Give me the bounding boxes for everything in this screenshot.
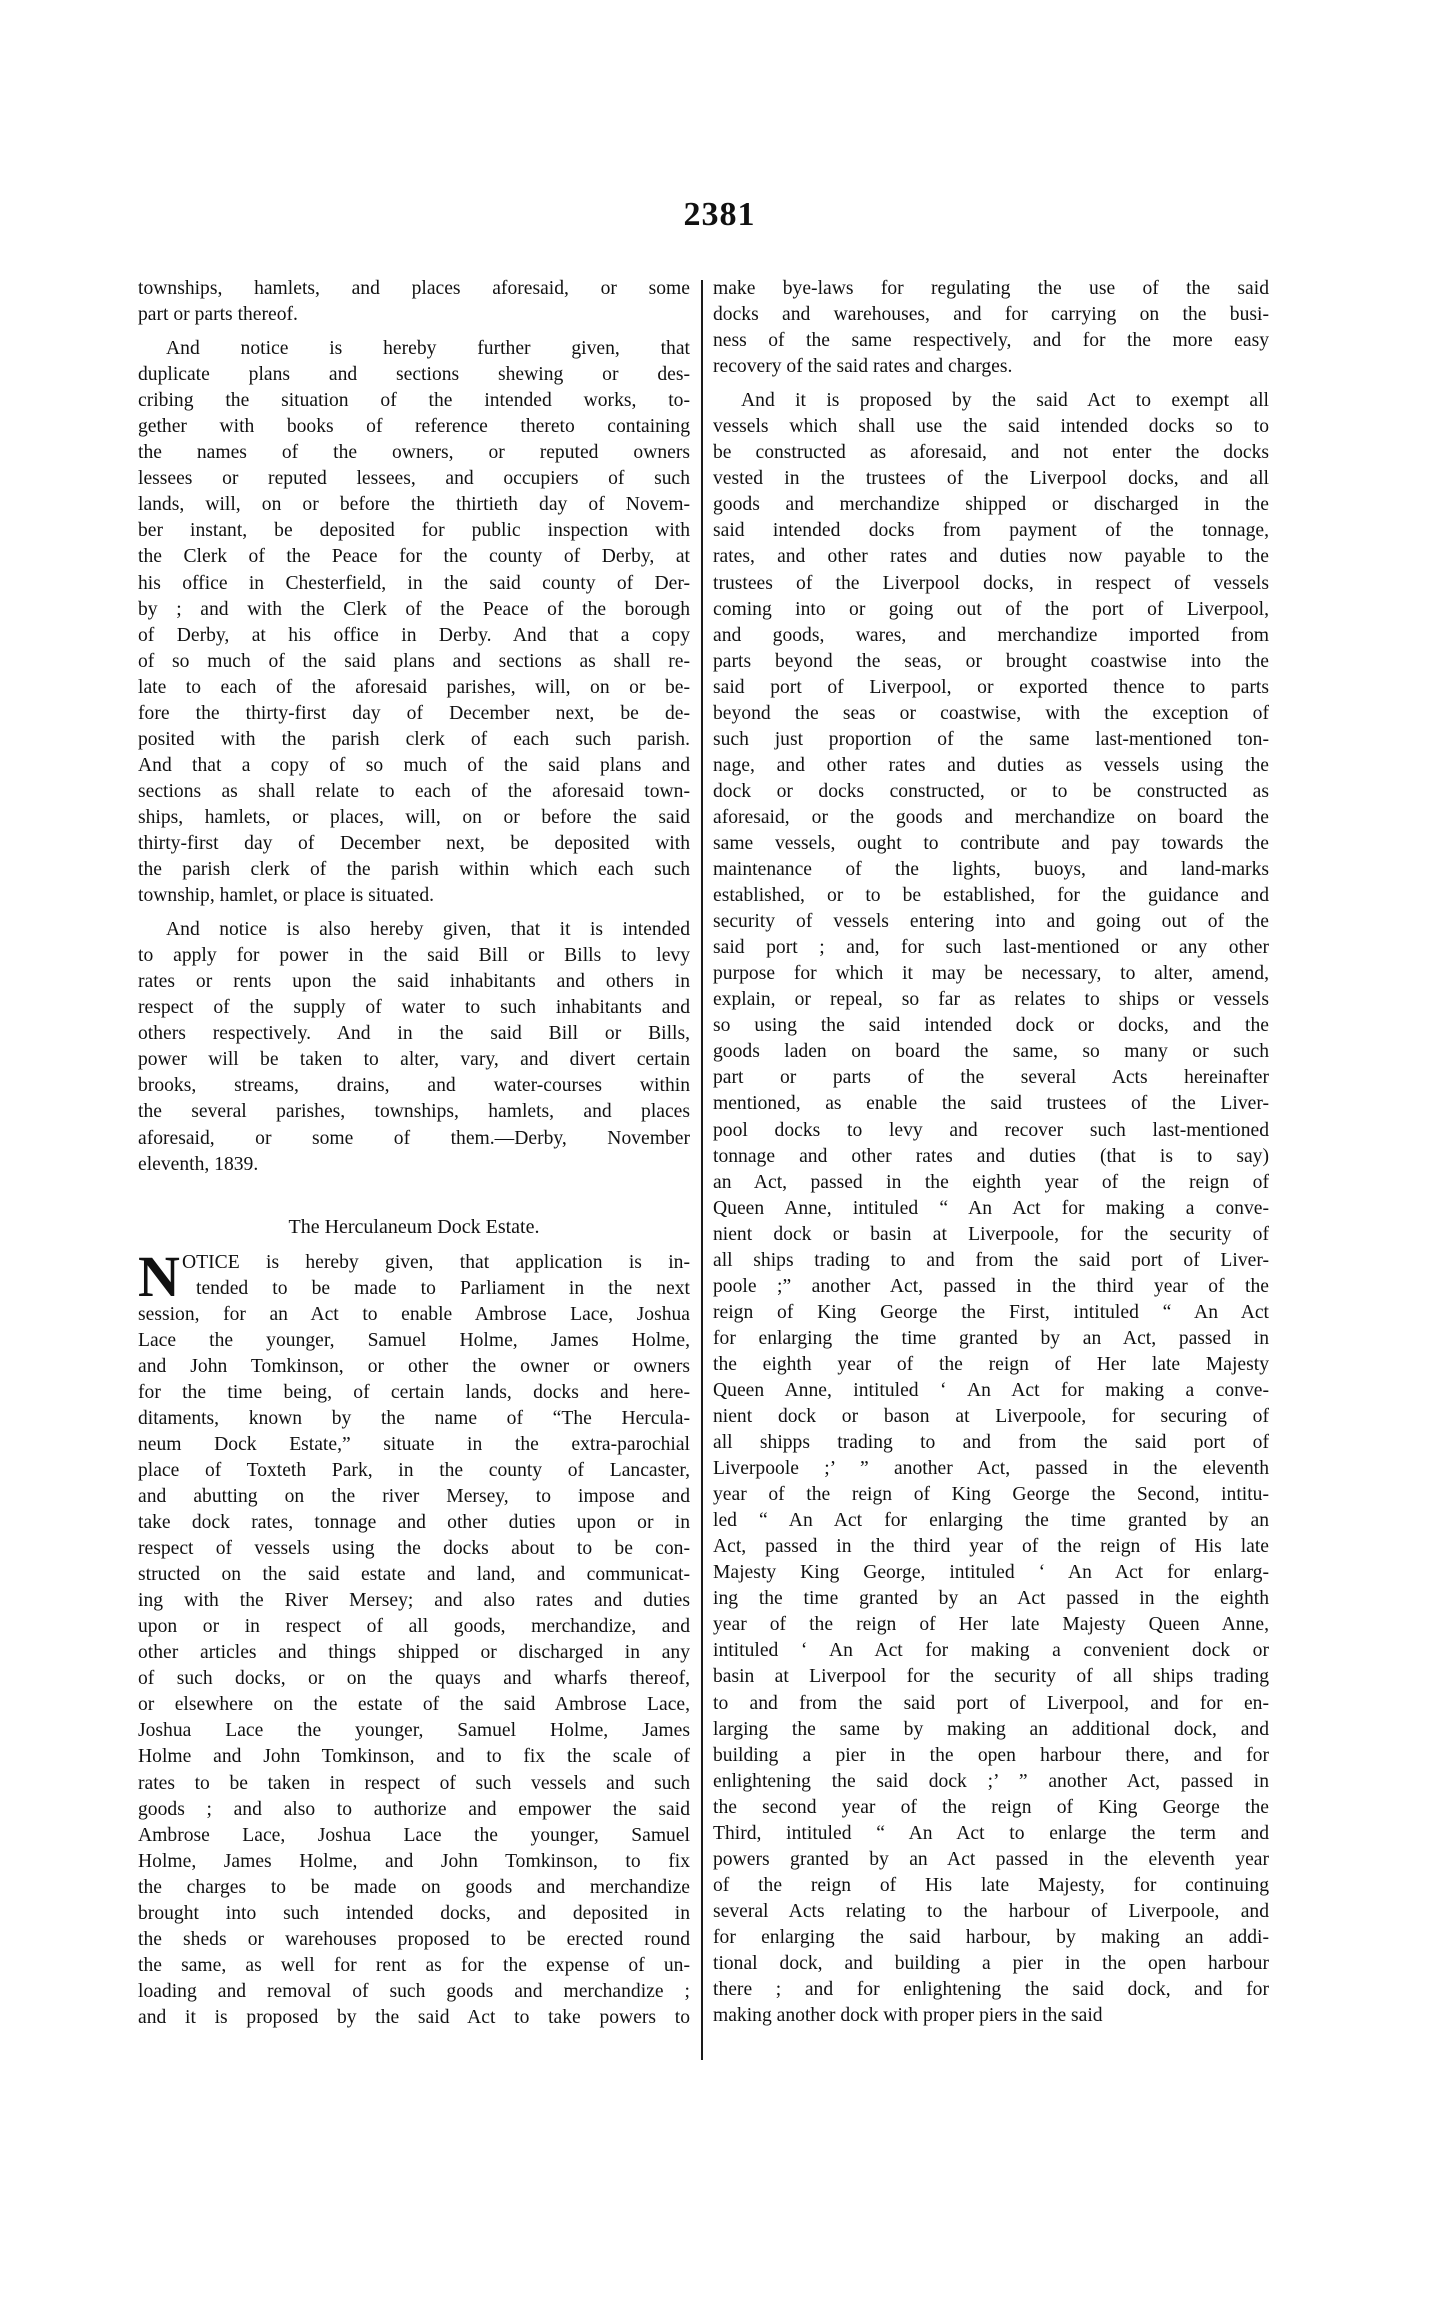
text-line: gether with books of reference thereto c…: [138, 414, 690, 440]
text-line: the same, as well for rent as for the ex…: [138, 1953, 690, 1979]
text-line: making another dock with proper piers in…: [713, 2003, 1269, 2029]
text-line: for enlarging the said harbour, by makin…: [713, 1925, 1269, 1951]
text-line: and abutting on the river Mersey, to imp…: [138, 1484, 690, 1510]
text-line: the sheds or warehouses proposed to be e…: [138, 1927, 690, 1953]
text-line: basin at Liverpool for the security of a…: [713, 1664, 1269, 1690]
text-line: place of Toxteth Park, in the county of …: [138, 1458, 690, 1484]
text-line: goods ; and also to authorize and empowe…: [138, 1797, 690, 1823]
paragraph: townships, hamlets, and places aforesaid…: [138, 276, 690, 328]
text-line: posited with the parish clerk of each su…: [138, 727, 690, 753]
text-line: aforesaid, or some of them.—Derby, Novem…: [138, 1126, 690, 1152]
text-line: be constructed as aforesaid, and not ent…: [713, 440, 1269, 466]
text-line: Holme and John Tomkinson, and to fix the…: [138, 1744, 690, 1770]
text-line: larging the same by making an additional…: [713, 1717, 1269, 1743]
text-line: Ambrose Lace, Joshua Lace the younger, S…: [138, 1823, 690, 1849]
text-line: ness of the same respectively, and for t…: [713, 328, 1269, 354]
text-line: his office in Chesterfield, in the said …: [138, 571, 690, 597]
text-line: purpose for which it may be necessary, t…: [713, 961, 1269, 987]
text-line: same vessels, ought to contribute and pa…: [713, 831, 1269, 857]
text-line: to and from the said port of Liverpool, …: [713, 1691, 1269, 1717]
text-line: the charges to be made on goods and merc…: [138, 1875, 690, 1901]
text-line: session, for an Act to enable Ambrose La…: [138, 1302, 690, 1328]
text-line: duplicate plans and sections shewing or …: [138, 362, 690, 388]
text-line: Queen Anne, intituled “ An Act for makin…: [713, 1196, 1269, 1222]
text-line: vested in the trustees of the Liverpool …: [713, 466, 1269, 492]
text-line: neum Dock Estate,” situate in the extra-…: [138, 1432, 690, 1458]
text-line: goods laden on board the same, so many o…: [713, 1039, 1269, 1065]
drop-cap: N: [138, 1252, 180, 1302]
page-number: 2381: [0, 196, 1439, 234]
text-line: fore the thirty-first day of December ne…: [138, 701, 690, 727]
text-line: the names of the owners, or reputed owne…: [138, 440, 690, 466]
text-line: respect of the supply of water to such i…: [138, 995, 690, 1021]
text-line: several Acts relating to the harbour of …: [713, 1899, 1269, 1925]
text-line: docks and warehouses, and for carrying o…: [713, 302, 1269, 328]
text-line: beyond the seas or coastwise, with the e…: [713, 701, 1269, 727]
text-line: others respectively. And in the said Bil…: [138, 1021, 690, 1047]
text-line: an Act, passed in the eighth year of the…: [713, 1170, 1269, 1196]
text-line: take dock rates, tonnage and other dutie…: [138, 1510, 690, 1536]
text-line: And notice is also hereby given, that it…: [138, 917, 690, 943]
text-line: and goods, wares, and merchandize import…: [713, 623, 1269, 649]
text-line: nage, and other rates and duties as vess…: [713, 753, 1269, 779]
text-line: and John Tomkinson, or other the owner o…: [138, 1354, 690, 1380]
text-line: all ships trading to and from the said p…: [713, 1248, 1269, 1274]
text-line: Liverpoole ;’ ” another Act, passed in t…: [713, 1456, 1269, 1482]
text-line: ing with the River Mersey; and also rate…: [138, 1588, 690, 1614]
text-line: Majesty King George, intituled ‘ An Act …: [713, 1560, 1269, 1586]
text-line: And that a copy of so much of the said p…: [138, 753, 690, 779]
text-line: of Derby, at his office in Derby. And th…: [138, 623, 690, 649]
text-line: eleventh, 1839.: [138, 1152, 690, 1178]
text-line: nient dock or bason at Liverpoole, for s…: [713, 1404, 1269, 1430]
text-line: said intended docks from payment of the …: [713, 518, 1269, 544]
text-line: for the time being, of certain lands, do…: [138, 1380, 690, 1406]
text-line: intituled ‘ An Act for making a convenie…: [713, 1638, 1269, 1664]
text-line: township, hamlet, or place is situated.: [138, 883, 690, 909]
text-line: parts beyond the seas, or brought coastw…: [713, 649, 1269, 675]
text-line: aforesaid, or the goods and merchandize …: [713, 805, 1269, 831]
paragraph-gap: [138, 909, 690, 917]
text-line: of the reign of His late Majesty, for co…: [713, 1873, 1269, 1899]
text-line: maintenance of the lights, buoys, and la…: [713, 857, 1269, 883]
text-line: tonnage and other rates and duties (that…: [713, 1144, 1269, 1170]
text-line: Queen Anne, intituled ‘ An Act for makin…: [713, 1378, 1269, 1404]
text-line: part or parts of the several Acts herein…: [713, 1065, 1269, 1091]
text-line: tended to be made to Parliament in the n…: [138, 1276, 690, 1302]
text-line: ships, hamlets, or places, will, on or b…: [138, 805, 690, 831]
right-column: make bye-laws for regulating the use of …: [713, 276, 1269, 2029]
text-line: OTICE is hereby given, that application …: [138, 1250, 690, 1276]
paragraph-gap: [138, 328, 690, 336]
text-line: rates to be taken in respect of such ves…: [138, 1771, 690, 1797]
text-line: trustees of the Liverpool docks, in resp…: [713, 571, 1269, 597]
paragraph: And notice is hereby further given, that…: [138, 336, 690, 909]
text-line: ditaments, known by the name of “The Her…: [138, 1406, 690, 1432]
text-line: part or parts thereof.: [138, 302, 690, 328]
text-line: upon or in respect of all goods, merchan…: [138, 1614, 690, 1640]
text-line: poole ;” another Act, passed in the thir…: [713, 1274, 1269, 1300]
text-line: thirty-first day of December next, be de…: [138, 831, 690, 857]
text-line: mentioned, as enable the said trustees o…: [713, 1091, 1269, 1117]
text-line: for enlarging the time granted by an Act…: [713, 1326, 1269, 1352]
text-line: make bye-laws for regulating the use of …: [713, 276, 1269, 302]
text-line: brooks, streams, drains, and water-cours…: [138, 1073, 690, 1099]
left-column: townships, hamlets, and places aforesaid…: [138, 276, 690, 2031]
text-line: led “ An Act for enlarging the time gran…: [713, 1508, 1269, 1534]
text-line: And it is proposed by the said Act to ex…: [713, 388, 1269, 414]
text-line: reign of King George the First, intitule…: [713, 1300, 1269, 1326]
text-line: Holme, James Holme, and John Tomkinson, …: [138, 1849, 690, 1875]
text-line: lessees or reputed lessees, and occupier…: [138, 466, 690, 492]
text-line: townships, hamlets, and places aforesaid…: [138, 276, 690, 302]
text-line: rates, and other rates and duties now pa…: [713, 544, 1269, 570]
text-line: goods and merchandize shipped or dischar…: [713, 492, 1269, 518]
paragraph: make bye-laws for regulating the use of …: [713, 276, 1269, 380]
text-line: brought into such intended docks, and de…: [138, 1901, 690, 1927]
text-line: ing the time granted by an Act passed in…: [713, 1586, 1269, 1612]
text-line: building a pier in the open harbour ther…: [713, 1743, 1269, 1769]
text-line: Lace the younger, Samuel Holme, James Ho…: [138, 1328, 690, 1354]
text-line: Joshua Lace the younger, Samuel Holme, J…: [138, 1718, 690, 1744]
text-line: said port ; and, for such last-mentioned…: [713, 935, 1269, 961]
paragraph-gap: [713, 380, 1269, 388]
text-line: structed on the said estate and land, an…: [138, 1562, 690, 1588]
text-line: and it is proposed by the said Act to ta…: [138, 2005, 690, 2031]
text-line: coming into or going out of the port of …: [713, 597, 1269, 623]
text-line: such just proportion of the same last-me…: [713, 727, 1269, 753]
text-line: by ; and with the Clerk of the Peace of …: [138, 597, 690, 623]
text-line: respect of vessels using the docks about…: [138, 1536, 690, 1562]
text-line: loading and removal of such goods and me…: [138, 1979, 690, 2005]
text-line: year of the reign of King George the Sec…: [713, 1482, 1269, 1508]
notice-body: NOTICE is hereby given, that application…: [138, 1250, 690, 2031]
text-line: security of vessels entering into and go…: [713, 909, 1269, 935]
text-line: power will be taken to alter, vary, and …: [138, 1047, 690, 1073]
text-line: the Clerk of the Peace for the county of…: [138, 544, 690, 570]
text-line: enlightening the said dock ;’ ” another …: [713, 1769, 1269, 1795]
text-line: Act, passed in the third year of the rei…: [713, 1534, 1269, 1560]
text-line: Third, intituled “ An Act to enlarge the…: [713, 1821, 1269, 1847]
column-divider: [701, 280, 703, 2060]
text-line: sections as shall relate to each of the …: [138, 779, 690, 805]
text-line: other articles and things shipped or dis…: [138, 1640, 690, 1666]
text-line: vessels which shall use the said intende…: [713, 414, 1269, 440]
text-line: powers granted by an Act passed in the e…: [713, 1847, 1269, 1873]
text-line: And notice is hereby further given, that: [138, 336, 690, 362]
text-line: of such docks, or on the quays and wharf…: [138, 1666, 690, 1692]
text-line: all shipps trading to and from the said …: [713, 1430, 1269, 1456]
text-line: rates or rents upon the said inhabitants…: [138, 969, 690, 995]
text-line: late to each of the aforesaid parishes, …: [138, 675, 690, 701]
section-title: The Herculaneum Dock Estate.: [138, 1214, 690, 1240]
text-line: established, or to be established, for t…: [713, 883, 1269, 909]
text-line: year of the reign of Her late Majesty Qu…: [713, 1612, 1269, 1638]
text-line: the parish clerk of the parish within wh…: [138, 857, 690, 883]
text-line: the second year of the reign of King Geo…: [713, 1795, 1269, 1821]
text-line: dock or docks constructed, or to be cons…: [713, 779, 1269, 805]
paragraph: And notice is also hereby given, that it…: [138, 917, 690, 1177]
paragraph: And it is proposed by the said Act to ex…: [713, 388, 1269, 2029]
text-line: lands, will, on or before the thirtieth …: [138, 492, 690, 518]
text-line: pool docks to levy and recover such last…: [713, 1118, 1269, 1144]
text-line: ber instant, be deposited for public ins…: [138, 518, 690, 544]
text-line: the several parishes, townships, hamlets…: [138, 1099, 690, 1125]
text-line: or elsewhere on the estate of the said A…: [138, 1692, 690, 1718]
text-line: explain, or repeal, so far as relates to…: [713, 987, 1269, 1013]
text-line: nient dock or basin at Liverpoole, for t…: [713, 1222, 1269, 1248]
text-line: to apply for power in the said Bill or B…: [138, 943, 690, 969]
text-line: said port of Liverpool, or exported then…: [713, 675, 1269, 701]
text-line: there ; and for enlightening the said do…: [713, 1977, 1269, 2003]
text-line: the eighth year of the reign of Her late…: [713, 1352, 1269, 1378]
text-line: recovery of the said rates and charges.: [713, 354, 1269, 380]
text-line: tional dock, and building a pier in the …: [713, 1951, 1269, 1977]
text-line: of so much of the said plans and section…: [138, 649, 690, 675]
text-line: cribing the situation of the intended wo…: [138, 388, 690, 414]
text-line: so using the said intended dock or docks…: [713, 1013, 1269, 1039]
